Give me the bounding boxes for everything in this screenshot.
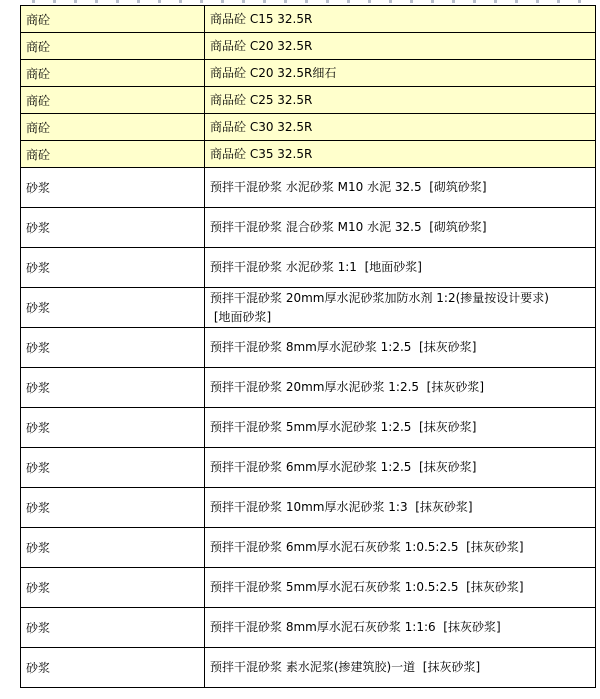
category-cell: 砂浆 <box>21 168 205 208</box>
category-cell: 商砼 <box>21 60 205 87</box>
category-cell: 砂浆 <box>21 528 205 568</box>
materials-table-body: 商砼商品砼 C15 32.5R商砼商品砼 C20 32.5R商砼商品砼 C20 … <box>21 6 596 688</box>
description-cell: 预拌干混砂浆 5mm厚水泥砂浆 1:2.5 [抹灰砂浆] <box>205 408 596 448</box>
description-cell: 商品砼 C20 32.5R <box>205 33 596 60</box>
category-cell: 商砼 <box>21 6 205 33</box>
table-row[interactable]: 砂浆预拌干混砂浆 混合砂浆 M10 水泥 32.5 [砌筑砂浆] <box>21 208 596 248</box>
description-cell: 预拌干混砂浆 素水泥浆(掺建筑胶)一道 [抹灰砂浆] <box>205 648 596 688</box>
description-cell: 预拌干混砂浆 20mm厚水泥砂浆 1:2.5 [抹灰砂浆] <box>205 368 596 408</box>
category-cell: 商砼 <box>21 33 205 60</box>
description-cell: 预拌干混砂浆 混合砂浆 M10 水泥 32.5 [砌筑砂浆] <box>205 208 596 248</box>
table-row[interactable]: 商砼商品砼 C30 32.5R <box>21 114 596 141</box>
table-row[interactable]: 砂浆预拌干混砂浆 水泥砂浆 1:1 [地面砂浆] <box>21 248 596 288</box>
category-cell: 砂浆 <box>21 288 205 328</box>
category-cell: 砂浆 <box>21 488 205 528</box>
table-row[interactable]: 商砼商品砼 C25 32.5R <box>21 87 596 114</box>
description-cell: 预拌干混砂浆 水泥砂浆 M10 水泥 32.5 [砌筑砂浆] <box>205 168 596 208</box>
table-row[interactable]: 砂浆预拌干混砂浆 8mm厚水泥石灰砂浆 1:1:6 [抹灰砂浆] <box>21 608 596 648</box>
table-row[interactable]: 砂浆预拌干混砂浆 20mm厚水泥砂浆 1:2.5 [抹灰砂浆] <box>21 368 596 408</box>
table-row[interactable]: 商砼商品砼 C20 32.5R <box>21 33 596 60</box>
description-cell: 预拌干混砂浆 8mm厚水泥石灰砂浆 1:1:6 [抹灰砂浆] <box>205 608 596 648</box>
category-cell: 商砼 <box>21 114 205 141</box>
table-row[interactable]: 砂浆预拌干混砂浆 8mm厚水泥砂浆 1:2.5 [抹灰砂浆] <box>21 328 596 368</box>
materials-table: 商砼商品砼 C15 32.5R商砼商品砼 C20 32.5R商砼商品砼 C20 … <box>20 5 596 688</box>
table-row[interactable]: 砂浆预拌干混砂浆 5mm厚水泥砂浆 1:2.5 [抹灰砂浆] <box>21 408 596 448</box>
description-cell: 预拌干混砂浆 6mm厚水泥砂浆 1:2.5 [抹灰砂浆] <box>205 448 596 488</box>
category-cell: 砂浆 <box>21 368 205 408</box>
description-cell: 预拌干混砂浆 10mm厚水泥砂浆 1:3 [抹灰砂浆] <box>205 488 596 528</box>
cropped-row-remnant <box>20 0 590 3</box>
category-cell: 砂浆 <box>21 568 205 608</box>
table-row[interactable]: 砂浆预拌干混砂浆 6mm厚水泥砂浆 1:2.5 [抹灰砂浆] <box>21 448 596 488</box>
table-row[interactable]: 商砼商品砼 C35 32.5R <box>21 141 596 168</box>
description-cell: 预拌干混砂浆 6mm厚水泥石灰砂浆 1:0.5:2.5 [抹灰砂浆] <box>205 528 596 568</box>
description-cell: 商品砼 C30 32.5R <box>205 114 596 141</box>
description-cell: 商品砼 C25 32.5R <box>205 87 596 114</box>
table-row[interactable]: 砂浆预拌干混砂浆 水泥砂浆 M10 水泥 32.5 [砌筑砂浆] <box>21 168 596 208</box>
description-cell: 商品砼 C15 32.5R <box>205 6 596 33</box>
table-row[interactable]: 砂浆预拌干混砂浆 素水泥浆(掺建筑胶)一道 [抹灰砂浆] <box>21 648 596 688</box>
description-cell: 预拌干混砂浆 5mm厚水泥石灰砂浆 1:0.5:2.5 [抹灰砂浆] <box>205 568 596 608</box>
description-cell: 商品砼 C35 32.5R <box>205 141 596 168</box>
description-cell: 预拌干混砂浆 8mm厚水泥砂浆 1:2.5 [抹灰砂浆] <box>205 328 596 368</box>
table-row[interactable]: 商砼商品砼 C15 32.5R <box>21 6 596 33</box>
table-row[interactable]: 砂浆预拌干混砂浆 6mm厚水泥石灰砂浆 1:0.5:2.5 [抹灰砂浆] <box>21 528 596 568</box>
category-cell: 砂浆 <box>21 608 205 648</box>
category-cell: 砂浆 <box>21 208 205 248</box>
description-cell: 预拌干混砂浆 20mm厚水泥砂浆加防水剂 1:2(掺量按设计要求) [地面砂浆] <box>205 288 596 328</box>
description-cell: 预拌干混砂浆 水泥砂浆 1:1 [地面砂浆] <box>205 248 596 288</box>
table-row[interactable]: 商砼商品砼 C20 32.5R细石 <box>21 60 596 87</box>
category-cell: 砂浆 <box>21 248 205 288</box>
table-row[interactable]: 砂浆预拌干混砂浆 5mm厚水泥石灰砂浆 1:0.5:2.5 [抹灰砂浆] <box>21 568 596 608</box>
category-cell: 砂浆 <box>21 408 205 448</box>
description-cell: 商品砼 C20 32.5R细石 <box>205 60 596 87</box>
category-cell: 砂浆 <box>21 448 205 488</box>
category-cell: 砂浆 <box>21 648 205 688</box>
table-row[interactable]: 砂浆预拌干混砂浆 20mm厚水泥砂浆加防水剂 1:2(掺量按设计要求) [地面砂… <box>21 288 596 328</box>
category-cell: 砂浆 <box>21 328 205 368</box>
category-cell: 商砼 <box>21 141 205 168</box>
category-cell: 商砼 <box>21 87 205 114</box>
table-row[interactable]: 砂浆预拌干混砂浆 10mm厚水泥砂浆 1:3 [抹灰砂浆] <box>21 488 596 528</box>
